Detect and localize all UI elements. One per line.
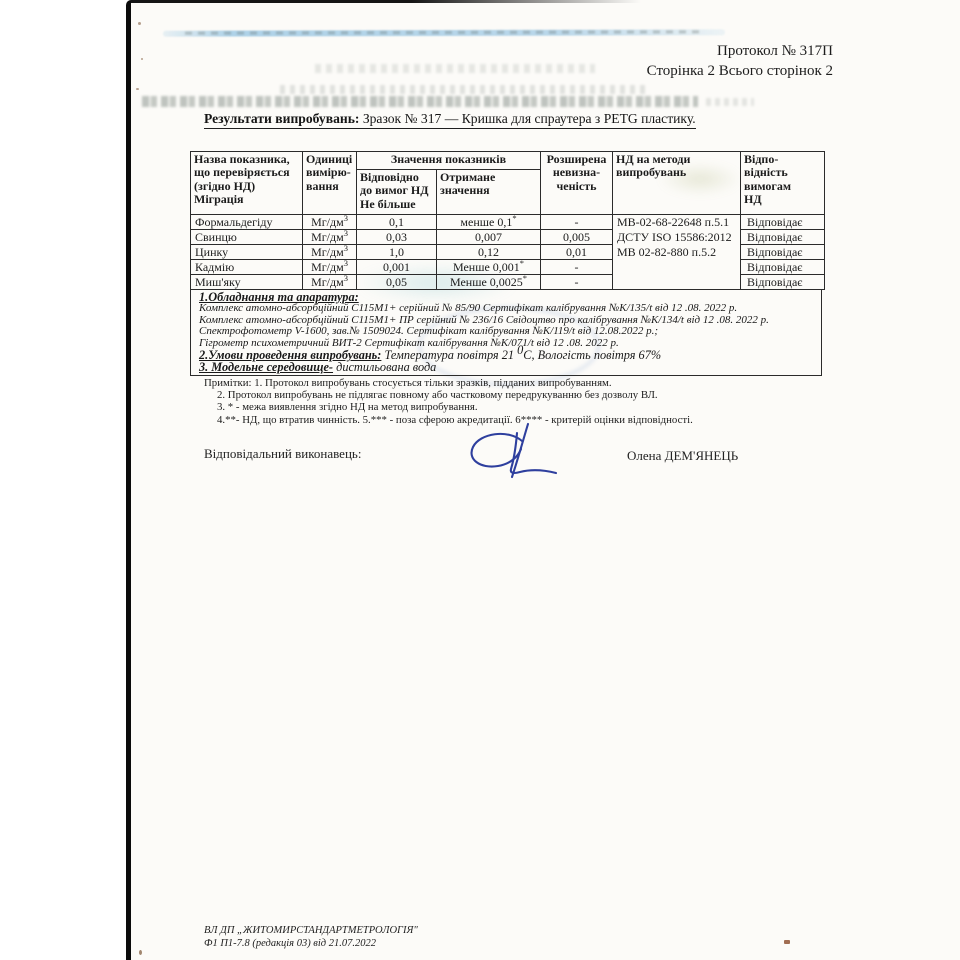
limit-cell: 1,0 xyxy=(357,245,437,260)
bleed-through-text-artifact xyxy=(280,85,650,94)
limit-cell: 0,05 xyxy=(357,275,437,290)
results-title-label: Результати випробувань: xyxy=(204,111,359,126)
uncertainty-cell: 0,01 xyxy=(541,245,613,260)
col-header-method: НД на методи випробувань xyxy=(613,152,741,215)
indicator-name: Цинку xyxy=(191,245,303,260)
indicator-name: Миш'яку xyxy=(191,275,303,290)
executor-name: Олена ДЕМ'ЯНЕЦЬ xyxy=(627,448,738,464)
notes-block: Примітки: 1. Протокол випробувань стосує… xyxy=(204,377,693,426)
section-medium: 3. Модельне середовище- дистильована вод… xyxy=(199,361,815,373)
document-footer: ВЛ ДП „ЖИТОМИРСТАНДАРТМЕТРОЛОГІЯ" Ф1 П1-… xyxy=(204,924,418,950)
uncertainty-cell: - xyxy=(541,260,613,275)
limit-cell: 0,1 xyxy=(357,215,437,230)
uncertainty-cell: - xyxy=(541,275,613,290)
methods-cell: МВ-02-68-22648 п.5.1 ДСТУ ISO 15586:2012… xyxy=(613,215,741,290)
bleed-through-text-artifact xyxy=(315,64,595,73)
note-line: 2. Протокол випробувань не підлягає повн… xyxy=(204,389,693,401)
section-medium-heading: 3. Модельне середовище- xyxy=(199,360,333,374)
responsible-executor-label: Відповідальний виконавець: xyxy=(204,446,361,462)
unit-cell: Мг/дм3 xyxy=(303,230,357,245)
note-line: 4.**- НД, що втратив чинність. 5.*** - п… xyxy=(204,414,693,426)
limit-cell: 0,001 xyxy=(357,260,437,275)
bleed-through-text-artifact xyxy=(706,98,754,106)
note-line: 3. * - межа виявлення згідно НД на метод… xyxy=(204,401,693,413)
scan-speck xyxy=(784,940,790,944)
unit-cell: Мг/дм3 xyxy=(303,215,357,230)
footer-lab-name: ВЛ ДП „ЖИТОМИРСТАНДАРТМЕТРОЛОГІЯ" xyxy=(204,924,418,937)
unit-cell: Мг/дм3 xyxy=(303,260,357,275)
equipment-line: Спектрофотометр V-1600, зав.№ 1509024. С… xyxy=(199,326,815,338)
document-header: Протокол № 317П Сторінка 2 Всього сторін… xyxy=(647,41,833,81)
compliance-cell: Відповідає xyxy=(741,215,825,230)
unit-cell: Мг/дм3 xyxy=(303,245,357,260)
uncertainty-cell: 0,005 xyxy=(541,230,613,245)
unit-cell: Мг/дм3 xyxy=(303,275,357,290)
equipment-line: Комплекс атомно-абсорбційний С115М1+ сер… xyxy=(199,303,815,315)
compliance-cell: Відповідає xyxy=(741,245,825,260)
limit-cell: 0,03 xyxy=(357,230,437,245)
col-header-values-group: Значення показників xyxy=(357,152,541,170)
result-cell: 0,007 xyxy=(437,230,541,245)
scan-speck xyxy=(141,58,143,60)
result-cell: Менше 0,0025* xyxy=(437,275,541,290)
compliance-cell: Відповідає xyxy=(741,275,825,290)
indicator-name: Свинцю xyxy=(191,230,303,245)
note-line: Примітки: 1. Протокол випробувань стосує… xyxy=(204,377,693,389)
scan-edge-top xyxy=(131,0,641,3)
uncertainty-cell: - xyxy=(541,215,613,230)
col-header-unit: Одиниці вимірю- вання xyxy=(303,152,357,215)
results-title: Результати випробувань: Зразок № 317 — К… xyxy=(204,111,696,129)
protocol-number: Протокол № 317П xyxy=(647,41,833,61)
col-header-uncertainty: Розширена невизна- ченість xyxy=(541,152,613,215)
footer-form-code: Ф1 П1-7.8 (редакція 03) від 21.07.2022 xyxy=(204,937,418,950)
indicator-name: Формальдегіду xyxy=(191,215,303,230)
scan-speck xyxy=(139,950,142,955)
table-row: Формальдегіду Мг/дм3 0,1 менше 0,1* - МВ… xyxy=(191,215,825,230)
scan-speck xyxy=(138,22,141,25)
result-cell: менше 0,1* xyxy=(437,215,541,230)
bleed-through-text-artifact xyxy=(142,96,698,107)
page-count: Сторінка 2 Всього сторінок 2 xyxy=(647,61,833,81)
results-title-text: Зразок № 317 — Кришка для спраутера з PE… xyxy=(359,111,695,126)
scan-edge-left xyxy=(126,0,131,960)
result-cell: 0,12 xyxy=(437,245,541,260)
col-header-limit: Відповідно до вимог НД Не більше xyxy=(357,170,437,215)
compliance-cell: Відповідає xyxy=(741,230,825,245)
handwritten-signature xyxy=(460,419,578,483)
col-header-result: Отримане значення xyxy=(437,170,541,215)
indicator-name: Кадмію xyxy=(191,260,303,275)
sections-box: 1.Обладнання та апаратура: Комплекс атом… xyxy=(190,290,822,376)
result-cell: Менше 0,001* xyxy=(437,260,541,275)
col-header-compliance: Відпо- відність вимогам НД xyxy=(741,152,825,215)
results-table: Назва показника, що перевіряється (згідн… xyxy=(190,151,824,290)
compliance-cell: Відповідає xyxy=(741,260,825,275)
scan-speck xyxy=(136,88,139,90)
col-header-indicator: Назва показника, що перевіряється (згідн… xyxy=(191,152,303,215)
